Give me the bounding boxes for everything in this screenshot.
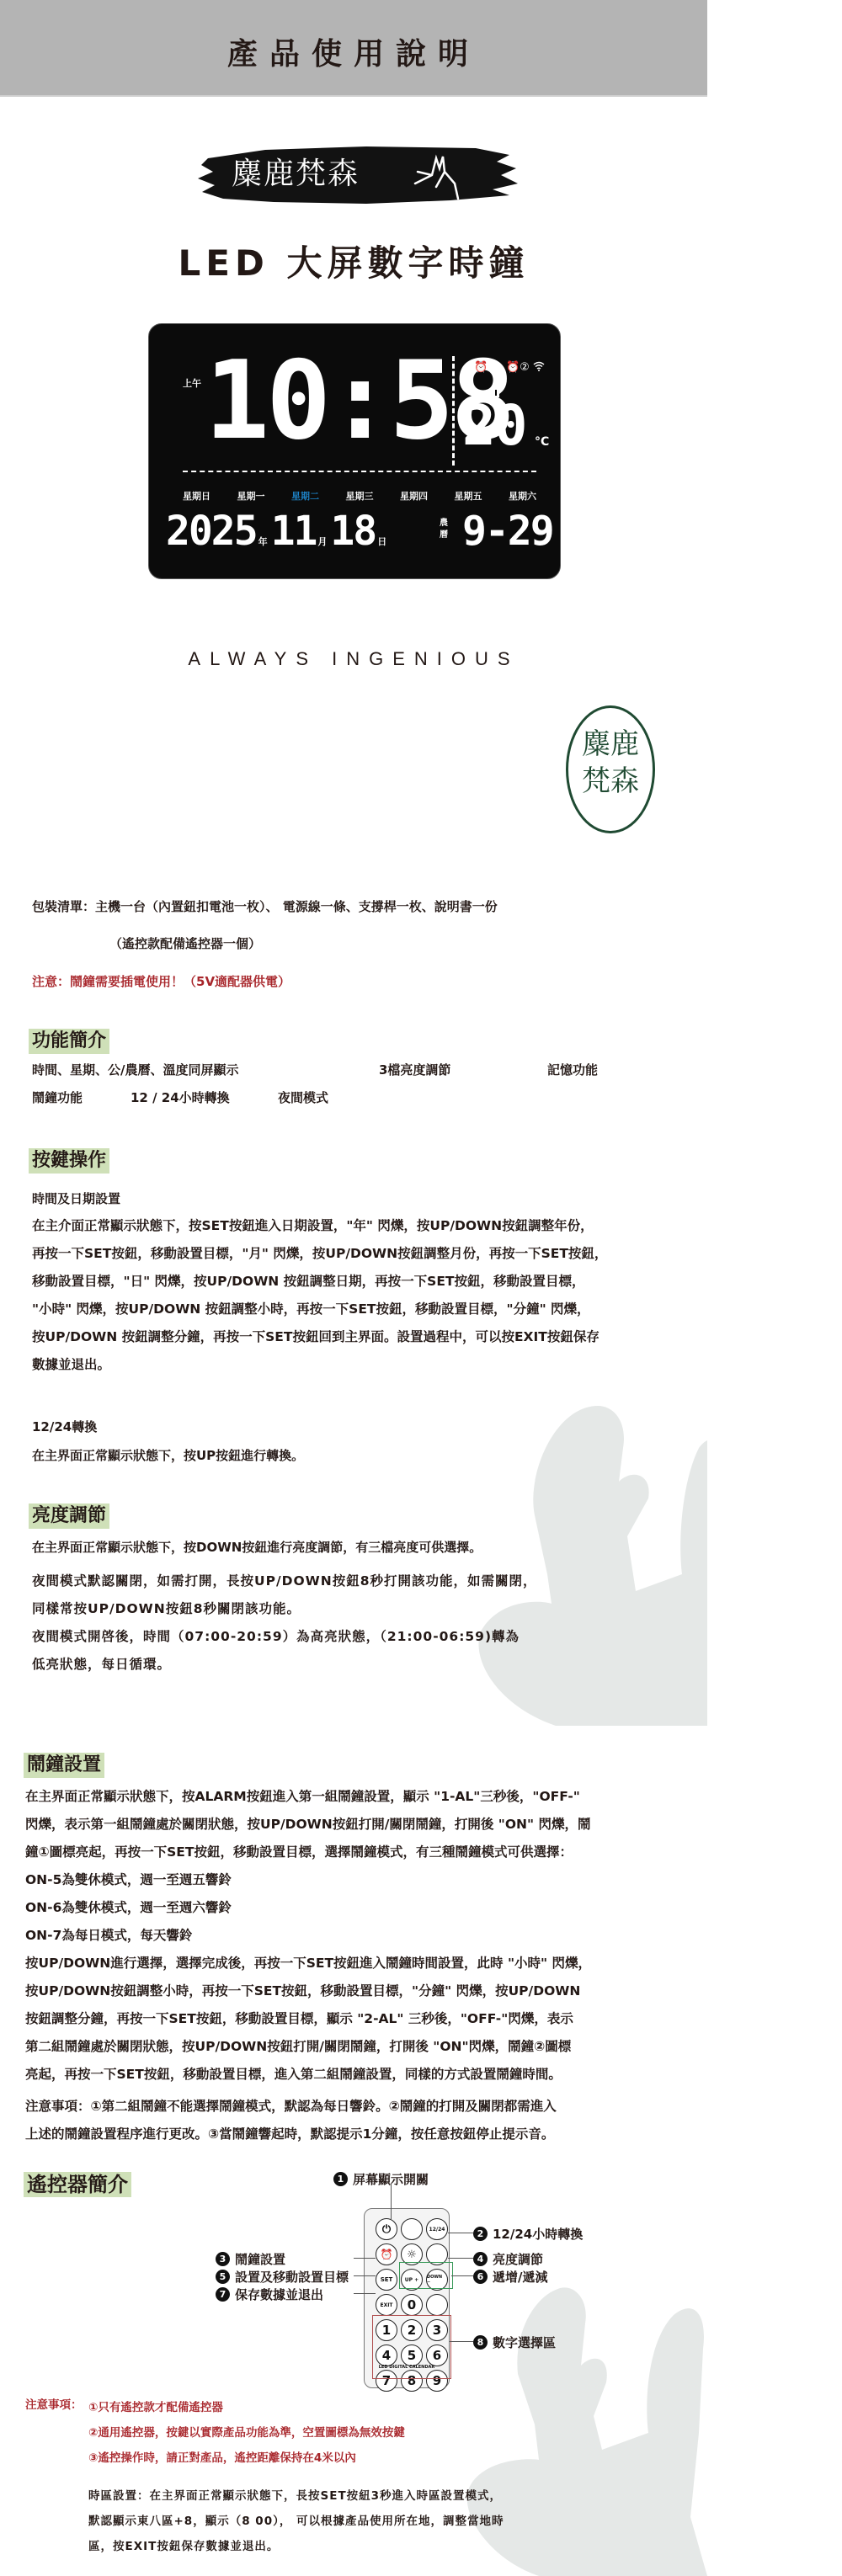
callout-1: 1屏幕顯示開關	[333, 2170, 429, 2188]
instruction-line: 第二組鬧鐘處於關閉狀態，按UP/DOWN按鈕打開/關閉鬧鐘，打開後 "ON"閃爍…	[25, 2033, 591, 2061]
callout-label: 數字選擇區	[493, 2334, 556, 2351]
instruction-line: 移動設置目標，"日" 閃爍，按UP/DOWN 按鈕調整日期，再按一下SET按鈕，…	[32, 1268, 607, 1296]
callout-line	[451, 2275, 473, 2276]
callout-label: 屏幕顯示開關	[353, 2170, 429, 2188]
note-line: ①只有遙控款才配備遙控器	[88, 2395, 405, 2420]
instruction-line: 亮起，再按一下SET按鈕，移動設置目標，進入第二組鬧鐘設置，同樣的方式設置鬧鐘時…	[25, 2061, 591, 2089]
weekday-sun: 星期日	[183, 489, 210, 503]
package-remote-note: （遙控款配備遙控器一個）	[109, 934, 261, 952]
ampm-indicator: 上午	[183, 376, 201, 390]
callout-line	[354, 2293, 376, 2294]
power-warning: 注意：鬧鐘需要插電使用！（5V適配器供電）	[32, 972, 290, 990]
callout-8: 8數字選擇區	[473, 2334, 556, 2351]
time-date-instructions: 在主介面正常顯示狀態下，按SET按鈕進入日期設置，"年" 閃爍，按UP/DOWN…	[32, 1212, 607, 1379]
manual-page: 產品使用說明 麋鹿梵森 LED 大屏數字時鐘 上午 10:58 ⏰① ⏰② 20…	[0, 0, 707, 2576]
temperature-value: 20	[462, 398, 525, 454]
hour-format-subtitle: 12/24轉換	[32, 1418, 97, 1435]
lunar-date: 9-29	[462, 511, 553, 551]
instruction-line: 按UP/DOWN 按鈕調整分鐘，再按一下SET按鈕回到主界面。設置過程中，可以按…	[32, 1323, 607, 1351]
weekday-tue-active: 星期二	[291, 489, 319, 503]
instruction-line: 同樣常按UP/DOWN按鈕8秒關閉該功能。	[32, 1595, 537, 1623]
callout-6: 6遞增/遞減	[473, 2268, 547, 2286]
note-line: ②通用遙控器，按鍵以實際產品功能為準，空置圖標為無效按鍵	[88, 2420, 405, 2446]
hour-format-text: 在主界面正常顯示狀態下，按UP按鈕進行轉換。	[32, 1446, 304, 1464]
lunar-label-1: 農	[440, 519, 448, 528]
instruction-line: ON-7為每日模式，每天響鈴	[25, 1922, 591, 1950]
callout-7: 7保存數據並退出	[216, 2286, 323, 2303]
leaping-deer-icon	[411, 150, 461, 200]
weekday-mon: 星期一	[237, 489, 265, 503]
instruction-line: 區，按EXIT按鈕保存數據並退出。	[88, 2534, 504, 2559]
month-value: 11	[271, 511, 317, 551]
callout-number: 4	[473, 2252, 488, 2266]
month-unit: 月	[317, 535, 327, 548]
feature-item: 3檔亮度調節	[379, 1061, 450, 1078]
weekday-sat: 星期六	[509, 489, 536, 503]
tagline: ALWAYS INGENIOUS	[0, 648, 707, 670]
instruction-line: 在主介面正常顯示狀態下，按SET按鈕進入日期設置，"年" 閃爍，按UP/DOWN…	[32, 1212, 607, 1240]
instruction-line: "小時" 閃爍，按UP/DOWN 按鈕調整小時，再按一下SET按鈕，移動設置目標…	[32, 1296, 607, 1323]
feature-item: 時間、星期、公/農曆、溫度同屏顯示	[32, 1061, 238, 1078]
remote-notes: ①只有遙控款才配備遙控器 ②通用遙控器，按鍵以實際產品功能為準，空置圖標為無效按…	[88, 2395, 405, 2471]
feature-item: 12 / 24小時轉換	[131, 1088, 230, 1106]
lunar-label: 農 曆	[440, 518, 450, 541]
callout-label: 12/24小時轉換	[493, 2225, 583, 2243]
callout-line	[448, 2258, 473, 2259]
callout-number: 8	[473, 2335, 488, 2350]
page-title: 產品使用說明	[0, 30, 707, 73]
alarm-key: ⏰	[376, 2243, 397, 2265]
alarm-instructions: 在主界面正常顯示狀態下，按ALARM按鈕進入第一組鬧鐘設置，顯示 "1-AL"三…	[25, 1783, 591, 2089]
brightness-text: 在主界面正常顯示狀態下，按DOWN按鈕進行亮度調節，有三檔亮度可供選擇。	[32, 1538, 482, 1556]
callout-line	[448, 2233, 473, 2233]
divider	[452, 356, 455, 466]
instruction-line: ON-5為雙休模式，週一至週五響鈴	[25, 1866, 591, 1894]
alarm-heading: 鬧鐘設置	[24, 1753, 104, 1778]
instruction-line: 時區設置：在主界面正常顯示狀態下，長按SET按紐3秒進入時區設置模式，	[88, 2483, 504, 2509]
alarm-notes: 注意事項：①第二組鬧鐘不能選擇鬧鐘模式，默認為每日響鈴。②鬧鐘的打開及關閉都需進…	[25, 2093, 557, 2148]
instruction-line: 按UP/DOWN進行選擇，選擇完成後，再按一下SET按鈕進入鬧鐘時間設置，此時 …	[25, 1950, 591, 1977]
instruction-line: 再按一下SET按鈕，移動設置目標，"月" 閃爍，按UP/DOWN按鈕調整月份，再…	[32, 1240, 607, 1268]
instruction-line: ON-6為雙休模式，週一至週六響鈴	[25, 1894, 591, 1922]
weekday-thu: 星期四	[400, 489, 428, 503]
product-title: LED 大屏數字時鐘	[0, 236, 707, 286]
divider	[183, 471, 536, 472]
alarm-1-icon: ⏰①	[474, 361, 498, 374]
remote-caption: LED DIGITAL CALENDAR	[369, 2365, 445, 2370]
callout-label: 保存數據並退出	[235, 2286, 323, 2303]
hour-format-key: 12/24	[426, 2218, 448, 2240]
callout-number: 5	[216, 2270, 230, 2284]
callout-label: 設置及移動設置目標	[235, 2268, 349, 2286]
timezone-instructions: 時區設置：在主界面正常顯示狀態下，長按SET按紐3秒進入時區設置模式， 默認顯示…	[88, 2483, 504, 2559]
day-unit: 日	[377, 535, 386, 548]
brand-logo-text: 麋鹿梵森	[232, 150, 360, 193]
year-value: 2025	[166, 511, 257, 551]
callout-4: 4亮度調節	[473, 2250, 543, 2268]
lunar-label-2: 曆	[440, 530, 448, 540]
time-date-subtitle: 時間及日期設置	[32, 1190, 120, 1207]
instruction-line: 數據並退出。	[32, 1351, 607, 1379]
callout-line	[354, 2258, 376, 2259]
power-key: ⏻	[376, 2218, 397, 2240]
day-value: 18	[330, 511, 376, 551]
digit-0-key: 0	[401, 2294, 423, 2316]
year-unit: 年	[258, 535, 268, 548]
exit-key: EXIT	[376, 2294, 397, 2316]
night-mode-instructions: 夜間模式默認關閉，如需打開，長按UP/DOWN按鈕8秒打開該功能，如需關閉， 同…	[32, 1567, 537, 1679]
buttons-heading: 按鍵操作	[29, 1148, 109, 1174]
weekday-row: 星期日 星期一 星期二 星期三 星期四 星期五 星期六	[183, 489, 536, 503]
blank-key	[426, 2294, 448, 2316]
callout-label: 亮度調節	[493, 2250, 543, 2268]
temperature-unit: °C	[535, 435, 549, 449]
remote-notes-prefix: 注意事項：	[25, 2395, 83, 2412]
instruction-line: 閃爍，表示第一組鬧鐘處於關閉狀態，按UP/DOWN按鈕打開/關閉鬧鐘，打開後 "…	[25, 1811, 591, 1839]
package-list: 包裝清單：主機一台（內置鈕扣電池一枚）、 電源線一條、支撐桿一枚、說明書一份	[32, 897, 498, 915]
weekday-wed: 星期三	[346, 489, 374, 503]
feature-item: 夜間模式	[278, 1088, 328, 1106]
instruction-line: 鐘①圖標亮起，再按一下SET按鈕，移動設置目標，選擇鬧鐘模式，有三種鬧鐘模式可供…	[25, 1839, 591, 1866]
date-display: 2025 年 11 月 18 日	[166, 511, 390, 551]
callout-number: 7	[216, 2287, 230, 2302]
note-line: 上述的鬧鐘設置程序進行更改。③當鬧鐘響起時，默認提示1分鐘，按任意按鈕停止提示音…	[25, 2121, 557, 2148]
feature-item: 記憶功能	[547, 1061, 598, 1078]
feature-item: 鬧鐘功能	[32, 1088, 83, 1106]
note-line: ③遙控操作時，請正對產品，遙控距離保持在4米以內	[88, 2446, 405, 2471]
instruction-line: 按鈕調整分鐘，再按一下SET按鈕，移動設置目標，顯示 "2-AL" 三秒後，"O…	[25, 2005, 591, 2033]
callout-label: 遞增/遞減	[493, 2268, 547, 2286]
wifi-icon	[533, 361, 545, 371]
instruction-line: 夜間模式開啓後，時間（07:00-20:59）為高亮狀態，（21:00-06:5…	[32, 1623, 537, 1651]
callout-number: 3	[216, 2252, 230, 2266]
led-clock-display: 上午 10:58 ⏰① ⏰② 20 °C 星期日 星期一 星期二 星期三 星期四…	[148, 323, 561, 579]
callout-line	[354, 2275, 376, 2276]
instruction-line: 低亮狀態，每日循環。	[32, 1651, 537, 1679]
set-key: SET	[376, 2269, 397, 2291]
features-heading: 功能簡介	[29, 1029, 109, 1054]
callout-3: 3鬧鐘設置	[216, 2250, 285, 2268]
weekday-fri: 星期五	[455, 489, 482, 503]
instruction-line: 默認顯示東八區+8，顯示（8 00）， 可以根據產品使用所在地，調整當地時	[88, 2509, 504, 2534]
instruction-line: 按UP/DOWN按鈕調整小時，再按一下SET按鈕，移動設置目標，"分鐘" 閃爍，…	[25, 1977, 591, 2005]
up-down-highlight	[399, 2262, 453, 2289]
callout-line	[391, 2184, 392, 2219]
callout-number: 1	[333, 2172, 348, 2186]
callout-2: 212/24小時轉換	[473, 2225, 583, 2243]
instruction-line: 在主界面正常顯示狀態下，按ALARM按鈕進入第一組鬧鐘設置，顯示 "1-AL"三…	[25, 1783, 591, 1811]
callout-line	[450, 2341, 473, 2342]
remote-heading: 遙控器簡介	[24, 2172, 131, 2197]
callout-label: 鬧鐘設置	[235, 2250, 285, 2268]
blank-key	[401, 2218, 423, 2240]
seal-logo-text: 麋鹿梵森	[577, 726, 644, 800]
brightness-heading: 亮度調節	[29, 1504, 109, 1529]
note-line: 注意事項：①第二組鬧鐘不能選擇鬧鐘模式，默認為每日響鈴。②鬧鐘的打開及關閉都需進…	[25, 2093, 557, 2121]
callout-number: 6	[473, 2270, 488, 2284]
callout-number: 2	[473, 2227, 488, 2241]
instruction-line: 夜間模式默認關閉，如需打開，長按UP/DOWN按鈕8秒打開該功能，如需關閉，	[32, 1567, 537, 1595]
callout-5: 5設置及移動設置目標	[216, 2268, 349, 2286]
alarm-2-icon: ⏰②	[506, 361, 530, 374]
